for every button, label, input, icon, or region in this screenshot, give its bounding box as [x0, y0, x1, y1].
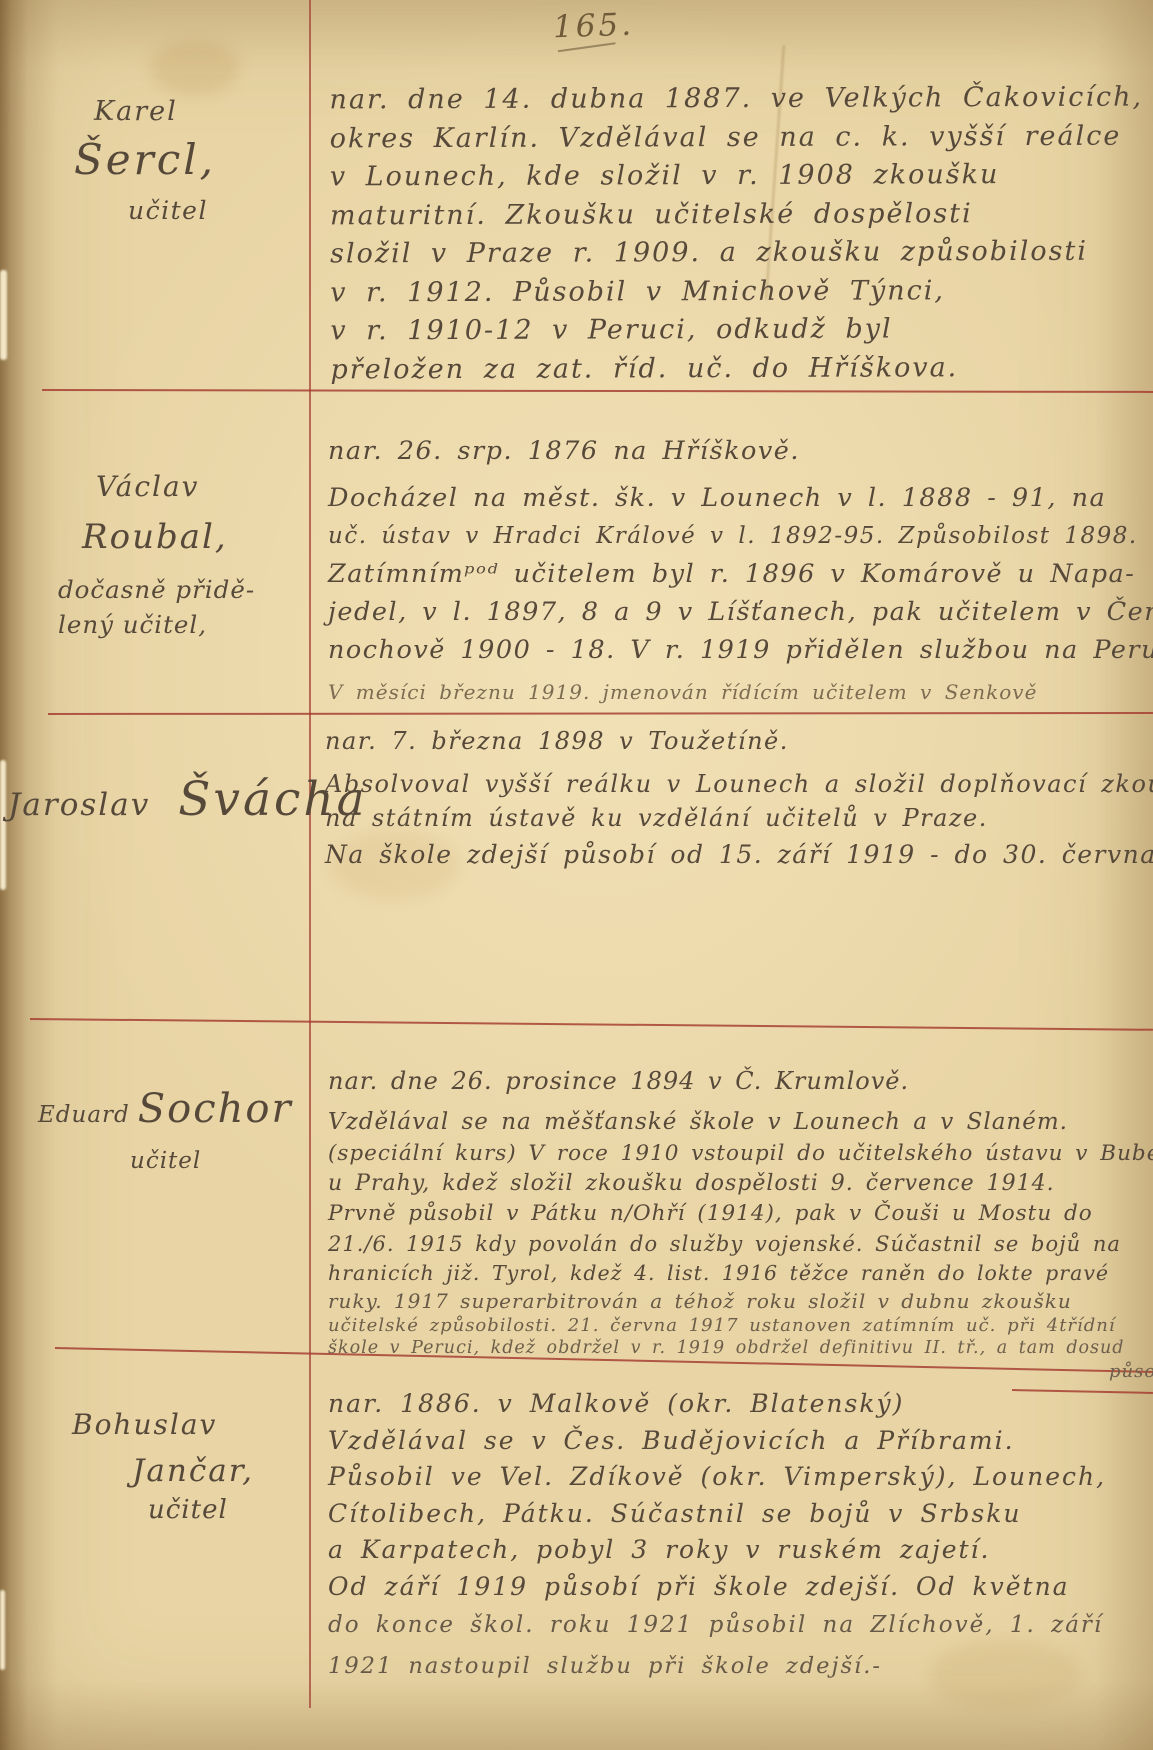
bio-line: učitelské způsobilosti. 21. června 1917 …	[328, 1314, 1153, 1337]
bio-line: a Karpatech, pobyl 3 roky v ruském zajet…	[328, 1532, 1106, 1569]
bio-line: 21./6. 1915 kdy povolán do služby vojens…	[328, 1229, 1153, 1259]
bio-line: hranicích již. Tyrol, kdež 4. list. 1916…	[328, 1259, 1153, 1288]
teacher-role: učitel	[148, 1495, 254, 1525]
bio-line: Cítolibech, Pátku. Súčastnil se bojů v S…	[328, 1496, 1106, 1533]
bio-note-line: V měsíci březnu 1919. jmenován řídícím u…	[328, 673, 1153, 711]
bio-line: v r. 1910-12 v Peruci, odkudž byl	[330, 310, 1144, 351]
teacher-role: učitel	[128, 196, 216, 225]
bio-line: v Lounech, kde složil v r. 1908 zkoušku	[330, 156, 1144, 197]
teacher-first-name: Bohuslav	[72, 1408, 254, 1441]
bio-line: jedel, v l. 1897, 8 a 9 v Líšťanech, pak…	[328, 593, 1153, 631]
teacher-name-block: Jaroslav Švácha	[8, 772, 368, 827]
teacher-last-name: Jančar,	[132, 1453, 254, 1489]
bio-line: nochově 1900 - 18. V r. 1919 přidělen sl…	[328, 631, 1153, 669]
teacher-last-name: Šercl,	[74, 135, 216, 184]
bio-line: Docházel na měst. šk. v Lounech v l. 188…	[328, 479, 1153, 517]
bio-line: Zatímnímᵖᵒᵈ učitelem byl r. 1896 v Komár…	[328, 555, 1153, 593]
bio-line: přeložen za zat. říd. uč. do Hříškova.	[330, 348, 1144, 389]
column-divider-line	[309, 0, 311, 1708]
biography-text: nar. 7. března 1898 v Toužetíně. Absolvo…	[325, 724, 1153, 872]
bio-line: (speciální kurs) V roce 1910 vstoupil do…	[328, 1138, 1153, 1169]
bio-line: okres Karlín. Vzdělával se na c. k. vyšš…	[330, 117, 1144, 158]
bio-overflow-word: působí,	[328, 1360, 1153, 1384]
bio-line: Absolvoval vyšší reálku v Lounech a slož…	[325, 767, 1153, 801]
teacher-first-name: Karel	[94, 96, 216, 127]
teacher-name-block: Karel Šercl, učitel	[62, 96, 216, 225]
bio-line: nar. 26. srp. 1876 na Hříškově.	[328, 432, 1153, 470]
record-divider-1	[42, 389, 1153, 393]
bio-line: nar. dne 26. prosince 1894 v Č. Krumlově…	[328, 1064, 1153, 1098]
teacher-role: dočasně přidě-	[58, 575, 255, 604]
bio-line: v r. 1912. Působil v Mnichově Týnci,	[330, 271, 1144, 312]
bio-line: Na škole zdejší působí od 15. září 1919 …	[325, 838, 1153, 872]
teacher-first-name: Jaroslav	[8, 787, 150, 823]
bio-line: do konce škol. roku 1921 působil na Zlíc…	[328, 1605, 1106, 1645]
teacher-first-name: Václav	[96, 470, 255, 503]
teacher-last-name: Sochor	[138, 1086, 293, 1132]
biography-text: nar. 1886. v Malkově (okr. Blatenský) Vz…	[328, 1386, 1106, 1687]
bio-line: ruky. 1917 superarbitrován a téhož roku …	[328, 1288, 1153, 1314]
bio-line: Působil ve Vel. Zdíkově (okr. Vimperský)…	[328, 1459, 1106, 1496]
page-number: 165.	[552, 7, 634, 46]
edge-highlight	[0, 760, 6, 890]
teacher-last-name: Roubal,	[82, 517, 255, 557]
bio-line: uč. ústav v Hradci Králové v l. 1892-95.…	[328, 517, 1153, 555]
teacher-name-block: Eduard Sochor učitel	[38, 1086, 293, 1174]
bio-line: složil v Praze r. 1909. a zkoušku způsob…	[330, 233, 1144, 274]
teacher-role: lený učitel,	[58, 610, 255, 639]
bio-line: maturitní. Zkoušku učitelské dospělosti	[330, 194, 1144, 235]
bio-line: Vzdělával se na měšťanské škole v Lounec…	[328, 1107, 1153, 1138]
bio-line: nar. 7. března 1898 v Toužetíně.	[325, 724, 1153, 758]
biography-text: nar. dne 26. prosince 1894 v Č. Krumlově…	[328, 1064, 1153, 1384]
bio-line: škole v Peruci, kdež obdržel v r. 1919 o…	[328, 1337, 1153, 1360]
paper-stain	[150, 40, 240, 95]
bio-line: Vzdělával se v Čes. Budějovicích a Příbr…	[328, 1423, 1106, 1460]
teacher-name-block: Václav Roubal, dočasně přidě- lený učite…	[58, 470, 255, 639]
teacher-role: učitel	[130, 1148, 293, 1174]
biography-text: nar. 26. srp. 1876 na Hříškově. Docházel…	[328, 432, 1153, 711]
record-divider-3	[30, 1018, 1153, 1031]
edge-highlight	[0, 270, 7, 360]
bio-line: Prvně působil v Pátku n/Ohří (1914), pak…	[328, 1199, 1153, 1229]
bio-line: nar. 1886. v Malkově (okr. Blatenský)	[328, 1386, 1106, 1423]
biography-text: nar. dne 14. dubna 1887. ve Velkých Čako…	[329, 79, 1144, 390]
edge-highlight	[0, 1590, 5, 1670]
teacher-first-name: Eduard	[38, 1102, 130, 1128]
scanned-chronicle-page: 165. Karel Šercl, učitel nar. dne 14. du…	[0, 0, 1153, 1750]
record-divider-2	[48, 712, 1153, 715]
bio-line: u Prahy, kdež složil zkoušku dospělosti …	[328, 1169, 1153, 1199]
bio-line: nar. dne 14. dubna 1887. ve Velkých Čako…	[329, 79, 1143, 120]
bio-line: 1921 nastoupil službu při škole zdejší.-	[328, 1645, 1106, 1687]
bio-line: na státním ústavě ku vzdělání učitelů v …	[325, 801, 1153, 835]
bio-line: Od září 1919 působí při škole zdejší. Od…	[328, 1569, 1106, 1606]
teacher-name-block: Bohuslav Jančar, učitel	[72, 1408, 254, 1525]
